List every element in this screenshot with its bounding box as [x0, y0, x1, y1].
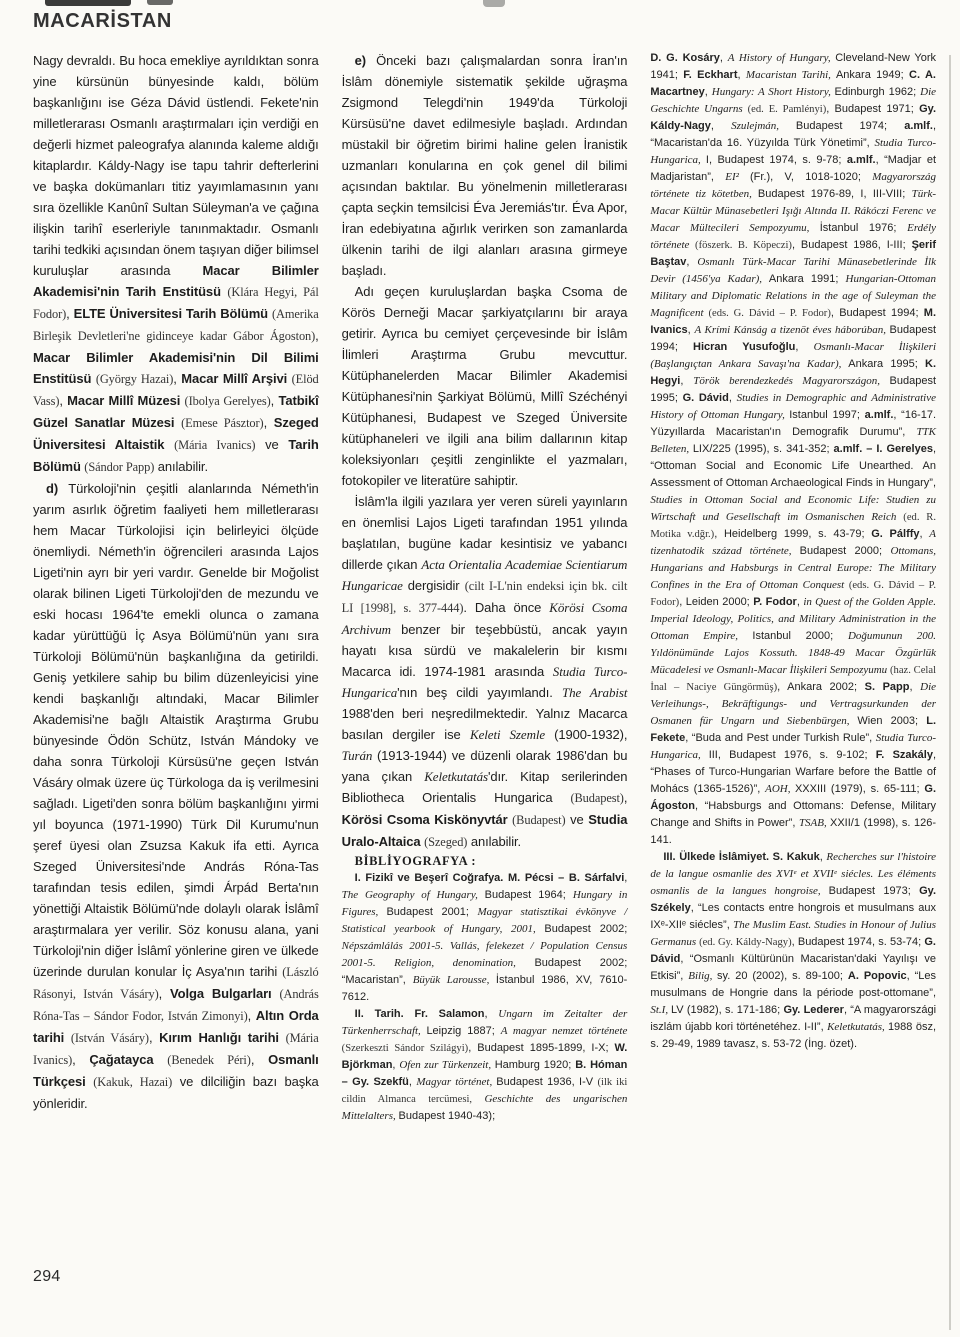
column-2: e) Önceki bazı çalışmalardan sonra İran'…	[342, 50, 628, 1125]
scan-artifact	[147, 0, 173, 5]
text-columns: Nagy devraldı. Bu hoca emekliye ayrıldık…	[33, 50, 936, 1125]
bibliography-section-1: I. Fizikî ve Beşerî Coğrafya. M. Pécsi –…	[342, 870, 628, 1006]
bibliography-section-3: III. Ülkede İslâmiyet. S. Kakuk, Recherc…	[650, 849, 936, 1053]
bibliography-section-2: II. Tarih. Fr. Salamon, Ungarn im Zeital…	[342, 1006, 628, 1125]
bibliography-continuation: D. G. Kosáry, A History of Hungary, Clev…	[650, 50, 936, 849]
paragraph-section-e: e) Önceki bazı çalışmalardan sonra İran'…	[342, 50, 628, 281]
column-3: D. G. Kosáry, A History of Hungary, Clev…	[650, 50, 936, 1053]
scan-artifact	[483, 0, 505, 7]
scan-artifact	[45, 0, 131, 6]
document-page: MACARİSTAN Nagy devraldı. Bu hoca emekli…	[0, 0, 960, 1337]
paragraph-section-d: d) Türkoloji'nin çeşitli alanlarında Ném…	[33, 478, 319, 1114]
scan-edge-line	[949, 55, 951, 1330]
paragraph-continuation-c: Nagy devraldı. Bu hoca emekliye ayrıldık…	[33, 50, 319, 478]
bibliography-heading: BİBLİYOGRAFYA :	[342, 853, 628, 870]
paragraph-institutions: Adı geçen kuruluşlardan başka Csoma de K…	[342, 281, 628, 491]
paragraph-periodicals: İslâm'la ilgili yazılara yer veren sürel…	[342, 491, 628, 853]
page-number: 294	[33, 1268, 61, 1286]
column-1: Nagy devraldı. Bu hoca emekliye ayrıldık…	[33, 50, 319, 1114]
page-title: MACARİSTAN	[33, 10, 172, 33]
